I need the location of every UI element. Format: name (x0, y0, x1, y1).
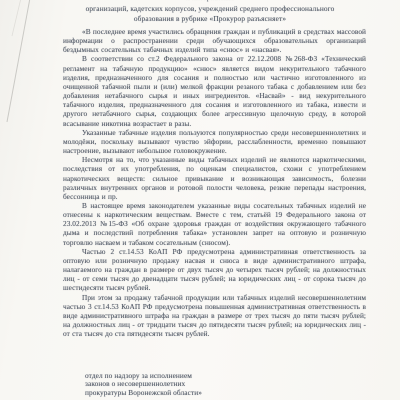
document-body: «В последнее время участились обращения … (63, 27, 366, 338)
header-clipped-line: и интернатных (52, 0, 368, 4)
footer-line: прокуратуры Воронежской области» (85, 389, 202, 397)
document-footer: отдел по надзору за исполнением законов … (85, 372, 202, 397)
paragraph: В настоящее время законодателем указанны… (63, 201, 366, 247)
header-line: организаций, кадетских корпусов, учрежде… (52, 4, 368, 15)
paragraph: При этом за продажу табачной продукции и… (63, 293, 366, 339)
paragraph: Указанные табачные изделия пользуются по… (63, 128, 366, 155)
paragraph: «В последнее время участились обращения … (63, 27, 366, 54)
scanned-document-page: и интернатных организаций, кадетских кор… (0, 0, 400, 400)
paragraph: Частью 2 ст.14.53 КоАП РФ предусмотрена … (63, 247, 366, 293)
document-header: и интернатных организаций, кадетских кор… (52, 0, 368, 25)
paragraph: В соответствии со ст.2 Федерального зако… (63, 54, 366, 127)
header-line: образования в рубрике «Прокурор разъясня… (52, 14, 368, 25)
paragraph: Несмотря на то, что указанные виды табач… (63, 155, 366, 201)
